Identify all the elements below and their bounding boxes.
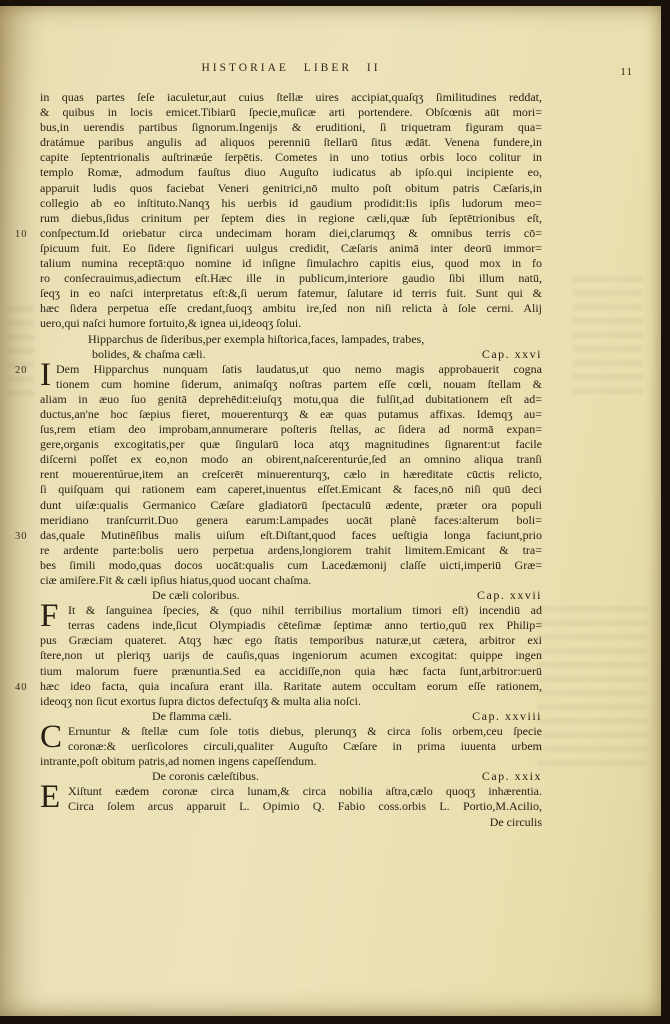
text-line: pus Græciam quateret. Atqʒ hæc ego ſtati… [40,633,542,648]
margin-line-number: 10 [15,227,28,242]
text-flow: in quas partes ſeſe iaculetur,aut cuius … [40,90,542,830]
text-line: apparuit ludis quos faciebat Veneri geni… [40,181,542,196]
text-line: rent mouerentúrue,item an creſcerēt minu… [40,467,542,482]
book-page: HISTORIAE LIBER II 11 in quas partes ſeſ… [0,6,661,1016]
text-line: ciæ amiſere.Fit & cæli ipſius hiatus,quo… [40,573,542,588]
text-line: ſus,rem etiam deo improbam,annumerare po… [40,422,542,437]
chapter-heading: De cæli coloribus.Cap. xxvii [40,588,542,603]
chapter-heading-text: De flamma cæli. [152,709,232,724]
ink-bleed-through [573,276,643,396]
text-line: ro conſecrauimus,adiectum eſt.Hæc ille i… [40,271,542,286]
text-line: meridiano tranſcurrit.Duo genera earum:L… [40,513,542,528]
paragraph: EXiſtunt eædem coronæ circa lunam,& circ… [40,784,542,814]
chapter-number-label: Cap. xxix [482,769,542,784]
text-line: re ardente parte:bolis uero perpetua ard… [40,543,542,558]
text-line: tionem cum homine ſiderum, animaſqʒ noſt… [40,377,542,392]
text-line: templo Romæ, admodum fauſtus diuo Auguſt… [40,165,542,180]
chapter-heading: Hipparchus de ſideribus,per exempla hiſt… [40,332,542,347]
chapter-heading-text: bolides, & chaſma cæli. [92,347,206,362]
page-number: 11 [620,66,633,78]
chapter-number-label: Cap. xxviii [472,709,542,724]
text-line: coronæ:& uerſicolores circuli,qualiter A… [40,739,542,754]
running-head: HISTORIAE LIBER II [40,62,542,74]
text-line: diſcerni poſſet ex eo,non modo an obiren… [40,452,542,467]
text-line: 40hæc ideo facta, quia incaſura erant il… [40,679,542,694]
text-line: dratámue paribus angulis ad aliquos pere… [40,135,542,150]
chapter-heading-text: De coronis cæleſtibus. [152,769,259,784]
text-line: capite ſeptentrionalis auſtrinæúe ſerpēt… [40,150,542,165]
text-line: ſi quiſquam qui rationem eam caperet,inu… [40,482,542,497]
text-line: Circa ſolem arcus apparuit L. Opimio Q. … [40,799,542,814]
chapter-heading-text: Hipparchus de ſideribus,per exempla hiſt… [88,332,424,347]
text-line: Ernuntur & ſtellæ cum ſole totis diebus,… [40,724,542,739]
chapter-heading: De flamma cæli.Cap. xxviii [40,709,542,724]
text-line: ſeqʒ in eo naſci interpretatus eſt:&,ſi … [40,286,542,301]
text-line: tium malorum fuere prænuntia.Sed ea acci… [40,664,542,679]
text-line: intrante,poſt obitum patris,ad nomen ing… [40,754,542,769]
chapter-heading-text: De cæli coloribus. [152,588,240,603]
margin-line-number: 30 [15,529,28,544]
text-line: bes ſimili modo,quas docos uocāt:qualis … [40,558,542,573]
text-line: & quibus in locis emicet.Tibiarū ſpecie,… [40,105,542,120]
text-line: collegio ab eo inſtituto.Nanqʒ his uerbi… [40,196,542,211]
text-line: ductus,an'ne hoc ſæpius fieret, mouerent… [40,407,542,422]
text-line: 10conſpectum.Id oriebatur circa undecima… [40,226,542,241]
chapter-number-label: Cap. xxvii [477,588,542,603]
paragraph: I20Dem Hipparchus nunquam ſatis laudatus… [40,362,542,588]
text-line: ſtere,non ut pleriqʒ uarijs de cauſis,qu… [40,648,542,663]
text-line: aliam in æuo ſuo genitā deprehēdit:eiuſq… [40,392,542,407]
ink-bleed-through [537,606,647,766]
chapter-heading: De coronis cæleſtibus.Cap. xxix [40,769,542,784]
margin-line-number: 40 [15,680,28,695]
text-line: terras cadens inde,ſicut Olympiadis cēte… [40,618,542,633]
chapter-heading: bolides, & chaſma cæli.Cap. xxvi [40,347,542,362]
text-line: 30das,quale Mutinēſibus malis uiſum eſt.… [40,528,542,543]
text-line: dunt uiſæ:qualis Germanico Cæſare gladia… [40,498,542,513]
chapter-number-label: Cap. xxvi [482,347,542,362]
text-line: 20Dem Hipparchus nunquam ſatis laudatus,… [40,362,542,377]
paragraph: FIt & ſanguinea ſpecies, & (quo nihil te… [40,603,542,709]
text-line: It & ſanguinea ſpecies, & (quo nihil ter… [40,603,542,618]
text-line: ſpicuum fuit. Eo ſidere ſignificari uulg… [40,241,542,256]
text-line: in quas partes ſeſe iaculetur,aut cuius … [40,90,542,105]
text-line: Xiſtunt eædem coronæ circa lunam,& circa… [40,784,542,799]
text-line: hæc ſidera perpetua eſſe credant,ſuoqʒ a… [40,301,542,316]
margin-line-number: 20 [15,363,28,378]
text-line: bus,in uerendis partibus ſignorum.Ingeni… [40,120,542,135]
text-line: rum diebus,ſidus crinitum per ſeptem die… [40,211,542,226]
paragraph: CErnuntur & ſtellæ cum ſole totis diebus… [40,724,542,769]
text-line: talium numina receptā:quo nomine id inſi… [40,256,542,271]
catchword: De circulis [40,815,542,830]
text-line: gere,organis excogitatis,per quæ ſingula… [40,437,542,452]
ink-bleed-through [8,306,34,396]
text-line: ideoqʒ non ſicut exortus ſupra dictos de… [40,694,542,709]
paragraph: in quas partes ſeſe iaculetur,aut cuius … [40,90,542,332]
text-line: uero,qui naſci humore fortuito,& ignea u… [40,316,542,331]
